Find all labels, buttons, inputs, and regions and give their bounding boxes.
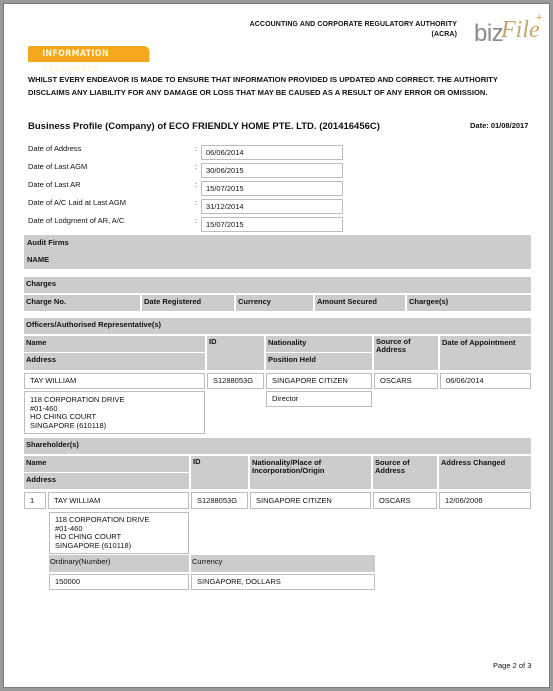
bizfile-logo: biz File +	[474, 16, 544, 46]
officer-id: S1288053G	[207, 373, 264, 389]
field-colon: :	[195, 180, 197, 189]
shareholders-col-source: Source of Address	[373, 456, 437, 489]
charges-col-amount-secured: Amount Secured	[315, 295, 405, 311]
shareholders-col-name: Name	[24, 456, 189, 472]
officers-col-position: Position Held	[266, 353, 372, 370]
field-label: Date of Last AGM	[28, 162, 87, 171]
document-page: ACCOUNTING AND CORPORATE REGULATORY AUTH…	[3, 3, 550, 688]
field-colon: :	[195, 162, 197, 171]
field-date-of-ac-laid: Date of A/C Laid at Last AGM : 31/12/201…	[28, 198, 348, 214]
officers-title: Officers/Authorised Representative(s)	[24, 318, 531, 334]
field-value: 31/12/2014	[201, 199, 343, 214]
shareholders-col-address-changed: Address Changed	[439, 456, 531, 489]
field-colon: :	[195, 144, 197, 153]
shareholders-col-nationality: Nationality/Place of Incorporation/Origi…	[250, 456, 371, 489]
charges-col-chargees: Chargee(s)	[407, 295, 531, 311]
officer-source: OSCARS	[374, 373, 438, 389]
logo-plus-icon: +	[536, 12, 542, 24]
officer-name: TAY WILLIAM	[24, 373, 205, 389]
shareholders-col-id: ID	[191, 456, 248, 489]
shareholder-source: OSCARS	[373, 492, 437, 509]
logo-file-text: File	[501, 17, 540, 44]
audit-firms-title: Audit Firms	[27, 238, 69, 247]
shareholders-title: Shareholder(s)	[24, 438, 531, 454]
field-label: Date of Last AR	[28, 180, 81, 189]
field-value: 06/06/2014	[201, 145, 343, 160]
shareholder-ordinary-number: 150000	[49, 574, 189, 590]
officer-nationality: SINGAPORE CITIZEN	[266, 373, 372, 389]
field-value: 15/07/2015	[201, 217, 343, 232]
shareholder-number: 1	[24, 492, 46, 509]
authority-line-1: ACCOUNTING AND CORPORATE REGULATORY AUTH…	[250, 20, 457, 30]
audit-firms-section: Audit Firms NAME	[24, 235, 531, 269]
field-label: Date of A/C Laid at Last AGM	[28, 198, 126, 207]
authority-name: ACCOUNTING AND CORPORATE REGULATORY AUTH…	[250, 20, 457, 40]
field-value: 30/06/2015	[201, 163, 343, 178]
address-line: SINGAPORE (610118)	[55, 542, 188, 551]
field-label: Date of Lodgment of AR, A/C	[28, 216, 124, 225]
shareholder-currency: SINGAPORE, DOLLARS	[191, 574, 375, 590]
charges-col-charge-no: Charge No.	[24, 295, 140, 311]
field-date-of-address: Date of Address : 06/06/2014	[28, 144, 348, 160]
shareholders-col-address: Address	[24, 473, 189, 489]
profile-date: Date: 01/08/2017	[470, 121, 528, 130]
field-colon: :	[195, 198, 197, 207]
officers-col-source: Source of Address	[374, 336, 438, 370]
shareholder-address-changed: 12/06/2006	[439, 492, 531, 509]
field-value: 15/07/2015	[201, 181, 343, 196]
officer-appointment-date: 06/06/2014	[440, 373, 531, 389]
charges-title: Charges	[24, 277, 531, 293]
officers-col-appointment: Date of Appointment	[440, 336, 531, 370]
shareholder-address: 118 CORPORATION DRIVE #01-460 HO CHING C…	[49, 512, 189, 554]
field-date-of-lodgment: Date of Lodgment of AR, A/C : 15/07/2015	[28, 216, 348, 232]
shareholder-id: S1288053G	[191, 492, 248, 509]
information-resources-banner: INFORMATION RESOURCES	[28, 46, 149, 62]
officer-position: Director	[266, 391, 372, 407]
shareholders-col-ordinary: Ordinary(Number)	[49, 555, 189, 572]
audit-name-label: NAME	[27, 255, 49, 264]
field-date-of-last-agm: Date of Last AGM : 30/06/2015	[28, 162, 348, 178]
logo-biz-text: biz	[474, 20, 503, 48]
page-number: Page 2 of 3	[493, 661, 531, 670]
charges-col-currency: Currency	[236, 295, 313, 311]
authority-line-2: (ACRA)	[250, 30, 457, 40]
shareholders-col-currency: Currency	[191, 555, 375, 572]
field-date-of-last-ar: Date of Last AR : 15/07/2015	[28, 180, 348, 196]
field-colon: :	[195, 216, 197, 225]
officers-col-id: ID	[207, 336, 264, 370]
field-label: Date of Address	[28, 144, 81, 153]
officers-col-nationality: Nationality	[266, 336, 372, 352]
address-line: SINGAPORE (610118)	[30, 422, 204, 431]
disclaimer-text: WHILST EVERY ENDEAVOR IS MADE TO ENSURE …	[28, 73, 538, 99]
officer-address: 118 CORPORATION DRIVE #01-460 HO CHING C…	[24, 391, 205, 434]
shareholder-name: TAY WILLIAM	[48, 492, 189, 509]
officers-col-address: Address	[24, 353, 205, 370]
profile-title: Business Profile (Company) of ECO FRIEND…	[28, 121, 380, 132]
shareholder-nationality: SINGAPORE CITIZEN	[250, 492, 371, 509]
charges-col-date-registered: Date Registered	[142, 295, 234, 311]
officers-col-name: Name	[24, 336, 205, 352]
